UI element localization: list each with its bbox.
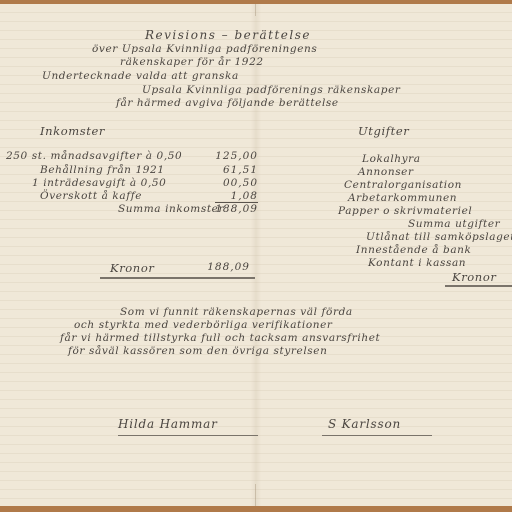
signature-right: S Karlsson (328, 417, 401, 431)
income-amount: 1,08 (215, 190, 258, 203)
expense-row: Arbetarkommunen (348, 192, 457, 204)
expense-extra-row: Utlånat till samköpslaget (366, 231, 512, 243)
fold-mark-bottom (255, 484, 256, 506)
income-amount: 61,51 (210, 164, 258, 176)
income-label: 1 inträdesavgift à 0,50 (32, 177, 166, 189)
income-total-amount: 188,09 (205, 203, 258, 215)
document-page: Revisions – berättelse över Upsala Kvinn… (0, 4, 512, 506)
income-amount: 125,00 (210, 150, 258, 162)
expense-row: Centralorganisation (344, 179, 462, 191)
expense-extra-row: Kontant i kassan (368, 257, 466, 269)
expense-row: Lokalhyra (362, 153, 421, 165)
expense-row: Annonser (358, 166, 414, 178)
expenses-heading: Utgifter (358, 124, 409, 138)
signature-right-line (322, 435, 432, 436)
closing-line-1: Som vi funnit räkenskapernas väl förda (120, 306, 353, 318)
income-kronor-underline (100, 277, 255, 279)
income-heading: Inkomster (40, 124, 105, 138)
income-label: Överskott å kaffe (40, 190, 142, 202)
fold-mark-top (255, 4, 256, 16)
header-line-2: över Upsala Kvinnliga padföreningens (92, 43, 317, 55)
income-label: Behållning från 1921 (40, 164, 165, 176)
header-line-4: Undertecknade valda att granska (42, 70, 239, 82)
closing-line-2: och styrkta med vederbörliga verifikatio… (74, 319, 333, 331)
header-line-6: får härmed avgiva följande berättelse (116, 97, 339, 109)
income-amount: 00,50 (210, 177, 258, 189)
income-kronor-amount: 188,09 (200, 261, 250, 273)
expense-extra-row: Innestående å bank (356, 244, 472, 256)
income-kronor-label: Kronor (110, 261, 154, 275)
closing-line-4: för såväl kassören som den övriga styrel… (68, 345, 327, 357)
signature-left-line (118, 435, 258, 436)
header-line-5: Upsala Kvinnliga padförenings räkenskape… (142, 84, 401, 96)
expense-kronor-label: Kronor (452, 270, 496, 284)
expense-row: Papper o skrivmateriel (338, 205, 472, 217)
expense-total-label: Summa utgifter (408, 218, 500, 230)
expense-kronor-underline (445, 285, 512, 287)
income-label: 250 st. månadsavgifter à 0,50 (6, 150, 182, 162)
header-line-3: räkenskaper för år 1922 (120, 56, 264, 68)
document-title: Revisions – berättelse (145, 28, 311, 42)
closing-line-3: får vi härmed tillstyrka full och tacksa… (60, 332, 380, 344)
signature-left: Hilda Hammar (118, 417, 218, 431)
